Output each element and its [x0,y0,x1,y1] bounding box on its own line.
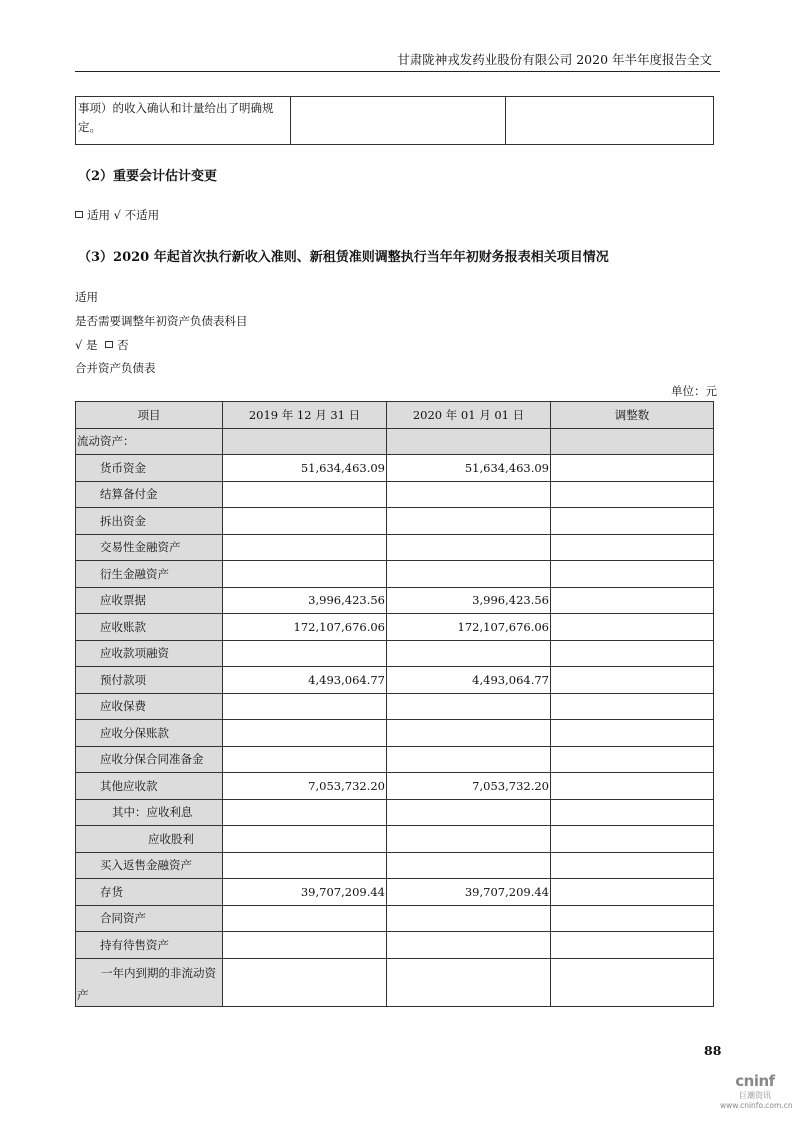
yes-option: √ 是 [75,338,97,352]
table-row: 应收账款172,107,676.06172,107,676.06 [76,614,714,641]
column-header: 2019 年 12 月 31 日 [223,402,387,429]
balance-sheet-table: 项目 2019 年 12 月 31 日 2020 年 01 月 01 日 调整数… [75,401,714,1007]
document-header: 甘肃陇神戎发药业股份有限公司 2020 年半年度报告全文 [0,50,712,68]
table-row: 应收保费 [76,693,714,720]
table-row: 一年内到期的非流动资产 [76,958,714,1006]
table-header-row: 项目 2019 年 12 月 31 日 2020 年 01 月 01 日 调整数 [76,402,714,429]
header-divider [75,71,720,72]
yes-no-line: √ 是 否 [75,337,129,353]
table-row: 应收票据3,996,423.563,996,423.56 [76,587,714,614]
logo-cn: 巨潮资讯 [720,1090,790,1101]
page-number: 88 [704,1043,721,1058]
column-header: 项目 [76,402,223,429]
continued-cell: 事项）的收入确认和计量给出了明确规定。 [76,97,291,145]
no-option: 否 [117,338,129,352]
cninfo-logo: cninf 巨潮资讯 www.cninfo.com.cn [720,1072,790,1110]
column-header: 调整数 [551,402,714,429]
table-row: 其中：应收利息 [76,799,714,826]
table-row: 预付款项4,493,064.774,493,064.77 [76,667,714,694]
logo-url: www.cninfo.com.cn [720,1101,790,1110]
section-heading-3: （3）2020 年起首次执行新收入准则、新租赁准则调整执行当年年初财务报表相关项… [78,246,609,265]
table-row: 买入返售金融资产 [76,852,714,879]
continued-cell [506,97,714,145]
table-row: 货币资金51,634,463.0951,634,463.09 [76,455,714,482]
table-row: 衍生金融资产 [76,561,714,588]
table-row: 其他应收款7,053,732.207,053,732.20 [76,773,714,800]
adjust-question: 是否需要调整年初资产负债表科目 [75,313,248,329]
table-row: 存货39,707,209.4439,707,209.44 [76,879,714,906]
column-header: 2020 年 01 月 01 日 [387,402,551,429]
table-row: 拆出资金 [76,508,714,535]
table-row: 应收款项融资 [76,640,714,667]
table-row: 持有待售资产 [76,932,714,959]
checkbox-icon [75,211,83,218]
continued-table: 事项）的收入确认和计量给出了明确规定。 [75,96,714,145]
table-row: 合同资产 [76,905,714,932]
table-row: 应收股利 [76,826,714,853]
table-row: 应收分保账款 [76,720,714,747]
table-caption: 合并资产负债表 [75,360,156,376]
table-row: 流动资产： [76,428,714,455]
continued-cell [291,97,506,145]
checkbox-icon [105,341,113,348]
unit-label: 单位：元 [671,383,717,399]
applicable-label: 适用 [75,289,98,305]
section-heading-2: （2）重要会计估计变更 [78,165,217,184]
applicability-line: 适用 √ 不适用 [75,207,159,223]
table-row: 应收分保合同准备金 [76,746,714,773]
table-row: 交易性金融资产 [76,534,714,561]
logo-brand: cninf [720,1072,790,1090]
table-row: 结算备付金 [76,481,714,508]
